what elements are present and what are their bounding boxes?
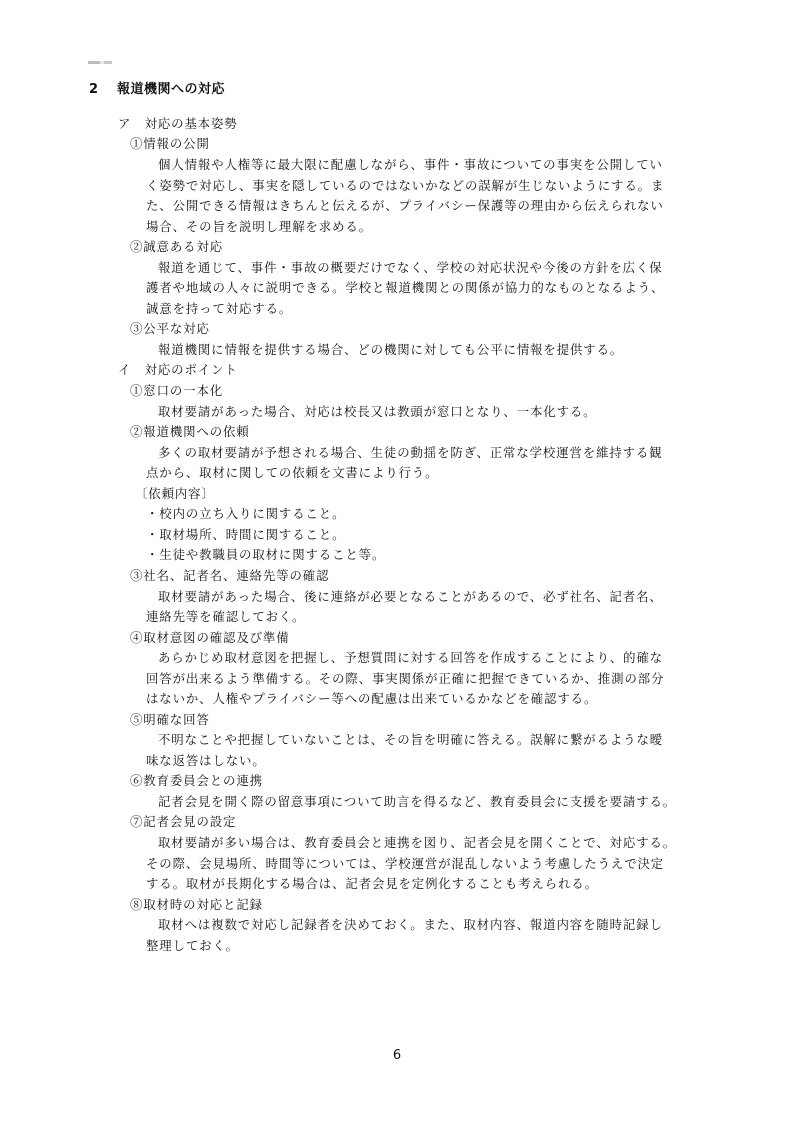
paragraph-line: く姿勢で対応し、事実を隠しているのではないかなどの誤解が生じないようにする。ま bbox=[146, 176, 664, 196]
paragraph-line: 報道機関に情報を提供する場合、どの機関に対しても公平に情報を提供する。 bbox=[158, 340, 623, 360]
document-page: 2報道機関への対応 ア 対応の基本姿勢①情報の公開個人情報や人権等に最大限に配慮… bbox=[0, 0, 794, 1123]
item-heading: ⑧取材時の対応と記録 bbox=[130, 895, 263, 915]
paragraph-line: あらかじめ取材意図を把握し、予想質問に対する回答を作成することにより、的確な bbox=[158, 648, 663, 668]
item-heading: ①情報の公開 bbox=[130, 134, 210, 154]
item-heading: ③公平な対応 bbox=[130, 319, 210, 339]
item-heading: ⑦記者会見の設定 bbox=[130, 812, 236, 832]
paragraph-line: 回答が出来るよう準備する。その際、事実関係が正確に把握できているか、推測の部分 bbox=[146, 669, 664, 689]
paragraph-line: 記者会見を開く際の留意事項について助言を得るなど、教育委員会に支援を要請する。 bbox=[158, 792, 676, 812]
paragraph-line: 味な返答はしない。 bbox=[146, 751, 266, 771]
item-heading: ②誠意ある対応 bbox=[130, 237, 223, 257]
paragraph-line: 報道を通じて、事件・事故の概要だけでなく、学校の対応状況や今後の方針を広く保 bbox=[158, 258, 663, 278]
section-heading: 報道機関への対応 bbox=[117, 82, 225, 97]
paragraph-line: 取材要請が多い場合は、教育委員会と連携を図り、記者会見を開くことで、対応する。 bbox=[158, 833, 676, 853]
page-number: 6 bbox=[0, 1048, 794, 1063]
list-item: ・生徒や教職員の取材に関すること等。 bbox=[146, 545, 385, 565]
paragraph-line: 誠意を持って対応する。 bbox=[146, 299, 292, 319]
paragraph-line: 多くの取材要請が予想される場合、生徒の動揺を防ぎ、正常な学校運営を維持する観 bbox=[158, 443, 663, 463]
paragraph-line: 護者や地域の人々に説明できる。学校と報道機関との関係が協力的なものとなるよう、 bbox=[146, 278, 664, 298]
paragraph-line: 点から、取材に関しての依頼を文書により行う。 bbox=[146, 463, 438, 483]
paragraph-line: 個人情報や人権等に最大限に配慮しながら、事件・事故についての事実を公開してい bbox=[158, 155, 663, 175]
item-heading: ③社名、記者名、連絡先等の確認 bbox=[130, 566, 329, 586]
section-title: 2報道機関への対応 bbox=[89, 78, 225, 97]
paragraph-line: 取材要請があった場合、対応は校長又は教頭が窓口となり、一本化する。 bbox=[158, 402, 596, 422]
item-heading: ⑥教育委員会との連携 bbox=[130, 771, 263, 791]
list-item: ・校内の立ち入りに関すること。 bbox=[146, 504, 345, 524]
paragraph-line: する。取材が長期化する場合は、記者会見を定例化することも考えられる。 bbox=[146, 874, 598, 894]
list-heading: 〔依頼内容〕 bbox=[135, 484, 215, 504]
paragraph-line: 場合、その旨を説明し理解を求める。 bbox=[146, 217, 372, 237]
paragraph-line: 不明なことや把握していないことは、その旨を明確に答える。誤解に繋がるような曖 bbox=[158, 730, 663, 750]
item-heading: ④取材意図の確認及び準備 bbox=[130, 628, 290, 648]
paragraph-line: 連絡先等を確認しておく。 bbox=[146, 607, 305, 627]
section-number: 2 bbox=[89, 82, 117, 97]
paragraph-line: 整理しておく。 bbox=[146, 936, 239, 956]
paragraph-line: 取材要請があった場合、後に連絡が必要となることがあるので、必ず社名、記者名、 bbox=[158, 587, 663, 607]
subsection-heading: ア 対応の基本姿勢 bbox=[118, 114, 238, 134]
header-mark bbox=[88, 61, 112, 64]
paragraph-line: 取材へは複数で対応し記録者を決めておく。また、取材内容、報道内容を随時記録し bbox=[158, 915, 663, 935]
paragraph-line: はないか、人権やプライバシー等への配慮は出来ているかなどを確認する。 bbox=[146, 689, 597, 709]
item-heading: ①窓口の一本化 bbox=[130, 381, 223, 401]
paragraph-line: た、公開できる情報はきちんと伝えるが、プライバシー保護等の理由から伝えられない bbox=[146, 196, 664, 216]
item-heading: ②報道機関への依頼 bbox=[130, 422, 250, 442]
list-item: ・取材場所、時間に関すること。 bbox=[146, 525, 345, 545]
item-heading: ⑤明確な回答 bbox=[130, 710, 210, 730]
subsection-heading: イ 対応のポイント bbox=[118, 360, 238, 380]
paragraph-line: その際、会見場所、時間等については、学校運営が混乱しないよう考慮したうえで決定 bbox=[146, 854, 664, 874]
